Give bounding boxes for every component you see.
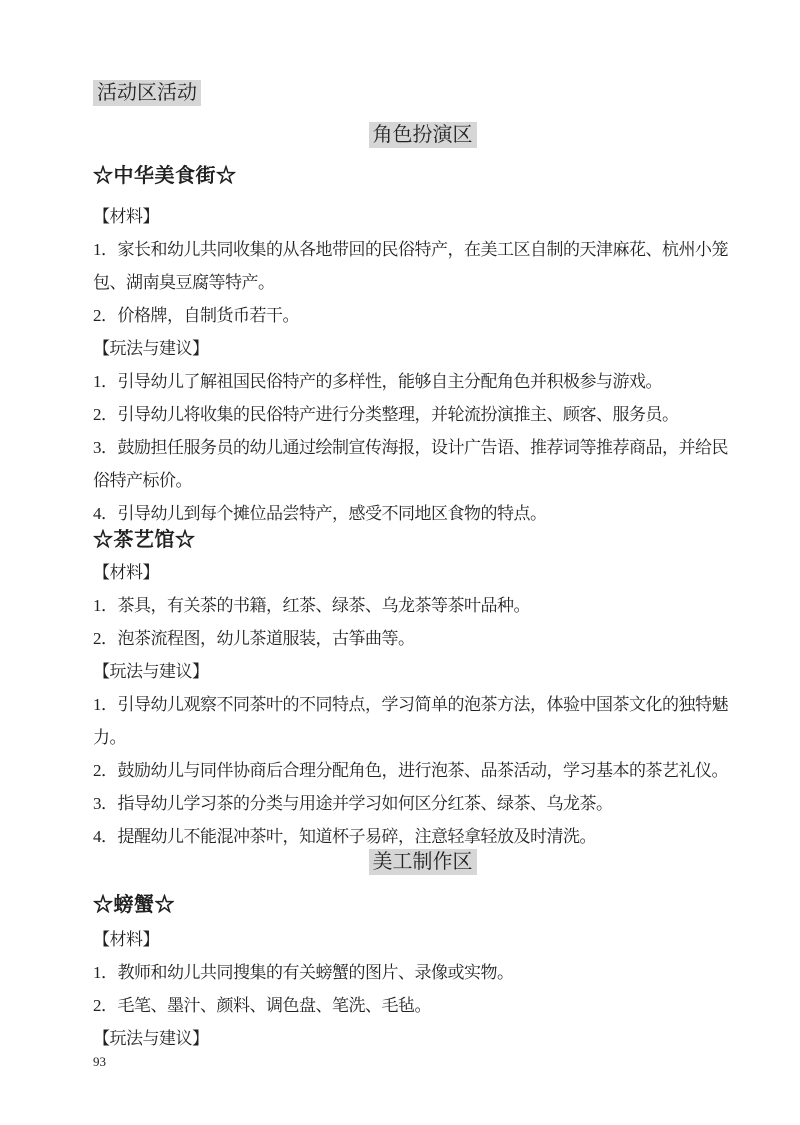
play-line: 力。 <box>93 721 712 754</box>
materials-line: 1．教师和幼儿共同搜集的有关螃蟹的图片、录像或实物。 <box>93 956 712 989</box>
play-line: 3．指导幼儿学习茶的分类与用途并学习如何区分红茶、绿茶、乌龙茶。 <box>93 787 712 820</box>
section-heading-row: 角色扮演区 <box>93 120 712 150</box>
play-line: 1．引导幼儿了解祖国民俗特产的多样性，能够自主分配角色并积极参与游戏。 <box>93 365 712 398</box>
section-heading-roleplay: 角色扮演区 <box>369 122 477 148</box>
play-line: 2．鼓励幼儿与同伴协商后合理分配角色，进行泡茶、品茶活动，学习基本的茶艺礼仪。 <box>93 754 712 787</box>
materials-line: 2．泡茶流程图，幼儿茶道服装，古筝曲等。 <box>93 622 712 655</box>
document-page: 活动区活动 角色扮演区 ☆中华美食街☆ 【材料】 1．家长和幼儿共同收集的从各地… <box>0 0 800 1125</box>
activity-title-crab: ☆螃蟹☆ <box>93 891 712 919</box>
play-line: 俗特产标价。 <box>93 464 712 497</box>
materials-line: 1．茶具，有关茶的书籍，红茶、绿茶、乌龙茶等茶叶品种。 <box>93 589 712 622</box>
play-line: 1．引导幼儿观察不同茶叶的不同特点，学习简单的泡茶方法，体验中国茶文化的独特魅 <box>93 688 712 721</box>
materials-line: 2．毛笔、墨汁、颜料、调色盘、笔洗、毛毡。 <box>93 989 712 1022</box>
section-heading-artcraft: 美工制作区 <box>369 849 477 875</box>
materials-line: 1．家长和幼儿共同收集的从各地带回的民俗特产，在美工区自制的天津麻花、杭州小笼 <box>93 233 712 266</box>
play-line: 3．鼓励担任服务员的幼儿通过绘制宣传海报，设计广告语、推荐词等推荐商品，并给民 <box>93 431 712 464</box>
activity-title-tea-house: ☆茶艺馆☆ <box>93 526 712 554</box>
activity-title-food-street: ☆中华美食街☆ <box>93 162 712 190</box>
materials-label: 【材料】 <box>93 556 712 589</box>
play-line: 2．引导幼儿将收集的民俗特产进行分类整理，并轮流扮演推主、顾客、服务员。 <box>93 398 712 431</box>
page-number: 93 <box>93 1053 712 1071</box>
play-label: 【玩法与建议】 <box>93 1022 712 1055</box>
play-label: 【玩法与建议】 <box>93 655 712 688</box>
doc-title-row: 活动区活动 <box>93 78 712 108</box>
materials-label: 【材料】 <box>93 923 712 956</box>
page-title: 活动区活动 <box>93 80 201 106</box>
materials-line: 包、湖南臭豆腐等特产。 <box>93 266 712 299</box>
play-label: 【玩法与建议】 <box>93 332 712 365</box>
materials-label: 【材料】 <box>93 200 712 233</box>
materials-line: 2．价格牌，自制货币若干。 <box>93 299 712 332</box>
